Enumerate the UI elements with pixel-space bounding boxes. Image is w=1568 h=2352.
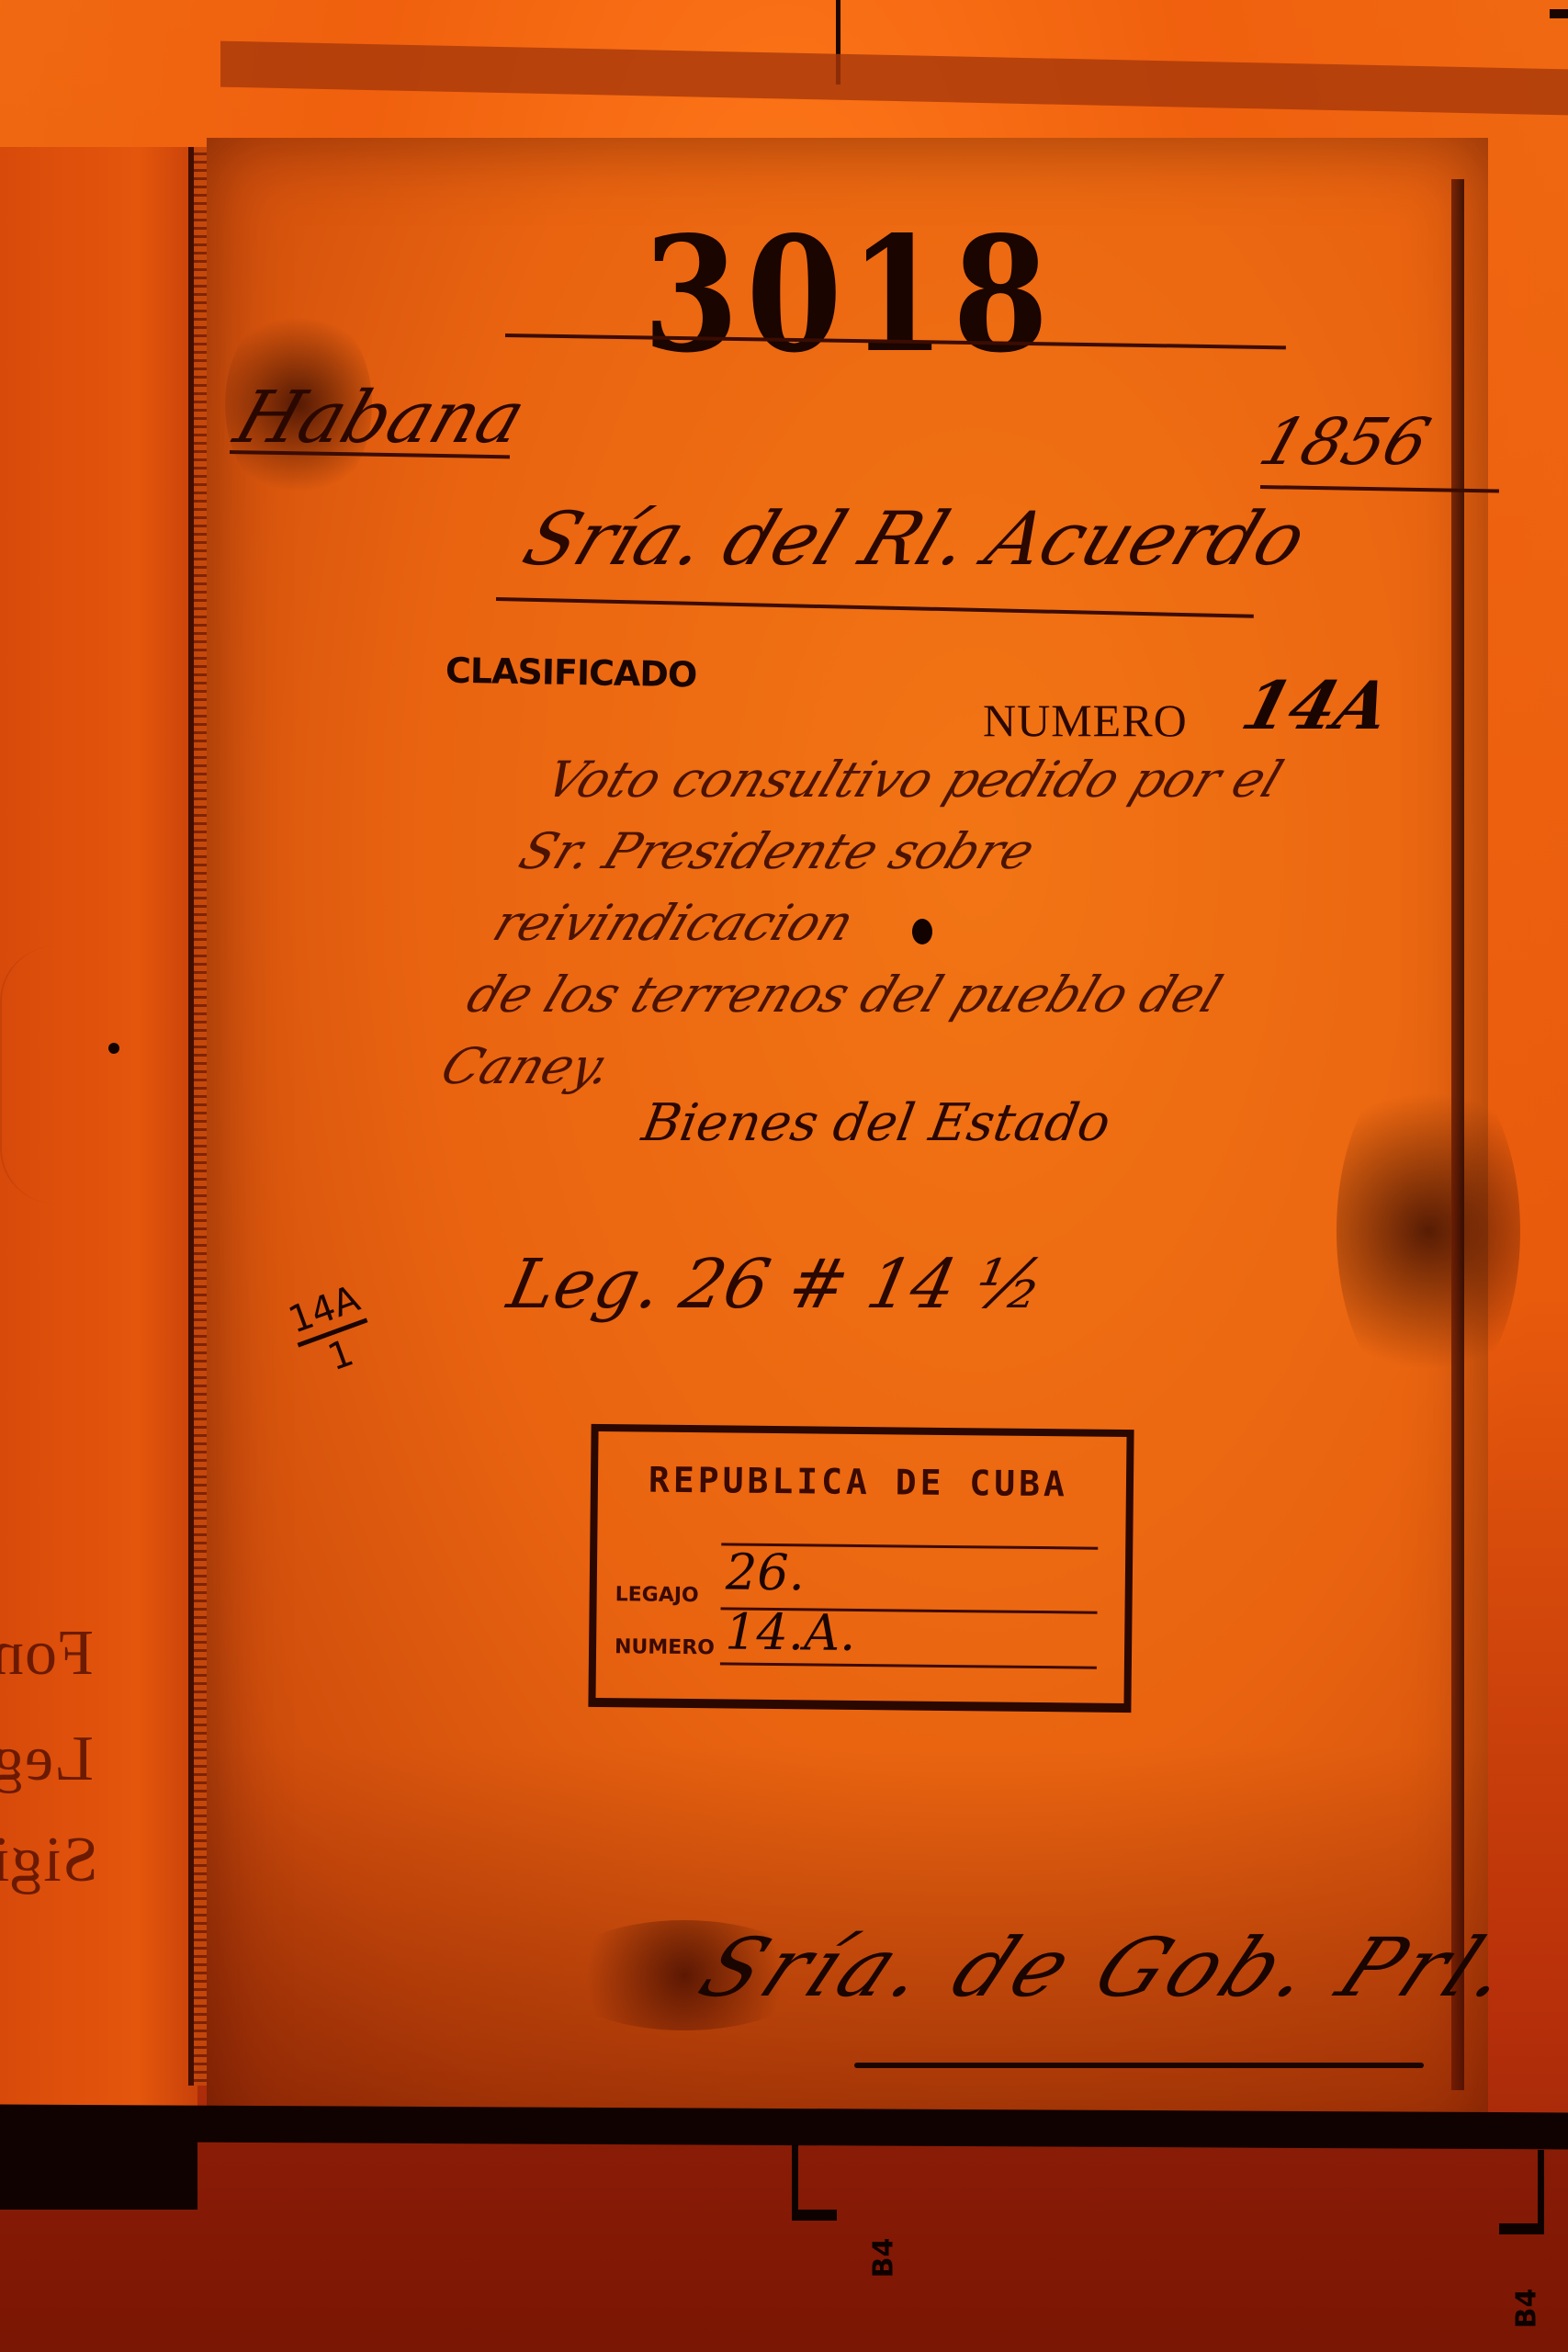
ruler-tick-top-right (1550, 9, 1568, 18)
legajo-reference: Leg. 26 # 14 ½ (502, 1245, 1051, 1324)
cover-right-border (1451, 179, 1464, 2090)
number-label: NUMERO (983, 694, 1188, 747)
reversed-print-line-3: Sigi (0, 1824, 129, 1897)
ink-blot (912, 919, 932, 944)
margin-note-bottom: 1 (322, 1331, 359, 1379)
faded-bleedthrough-script (0, 946, 121, 1204)
classified-stamp: CLASIFICADO (446, 650, 697, 695)
file-number: 3018 (643, 202, 1055, 388)
stamp-legajo-label: LEGAJO (615, 1583, 699, 1607)
department-heading: Sría. del Rl. Acuerdo (513, 496, 1317, 582)
water-stain-right (1337, 1057, 1520, 1406)
stamp-numero-line (720, 1662, 1097, 1668)
republica-de-cuba-stamp: REPUBLICA DE CUBA LEGAJO 26. NUMERO 14.A… (588, 1424, 1134, 1713)
scale-label-right: B4 (1510, 2289, 1542, 2329)
signature: Sría. de Gob. Prl. (685, 1920, 1534, 2015)
stamp-numero-label: NUMERO (615, 1635, 715, 1659)
number-value: 14A (1235, 666, 1399, 744)
subject-line-1: Voto consultivo pedido por el (536, 744, 1388, 816)
stamp-legajo-value: 26. (726, 1543, 806, 1601)
scale-label-left: B4 (867, 2238, 899, 2278)
subject-text: Voto consultivo pedido por el Sr. Presid… (431, 744, 1388, 1102)
year: 1856 (1251, 404, 1439, 480)
reversed-print-line-1: Fon (0, 1617, 129, 1690)
reversed-print-line-2: Leg (0, 1723, 129, 1796)
scale-bracket-left (792, 2145, 837, 2221)
left-adjacent-page: Fon Leg Sigi (0, 147, 197, 2122)
signature-flourish (854, 2063, 1424, 2068)
scale-bracket-right (1499, 2150, 1544, 2234)
category-text: Bienes del Estado (637, 1093, 1114, 1153)
place-name: Habana (225, 377, 535, 459)
table-surface (0, 2141, 1568, 2352)
ink-dot (108, 1043, 119, 1054)
stamp-title: REPUBLICA DE CUBA (649, 1460, 1068, 1505)
subject-line-3: de los terrenos del pueblo del Caney. (431, 959, 1310, 1102)
left-page-bottom-edge (0, 2141, 197, 2210)
stamp-numero-value: 14.A. (725, 1602, 856, 1661)
